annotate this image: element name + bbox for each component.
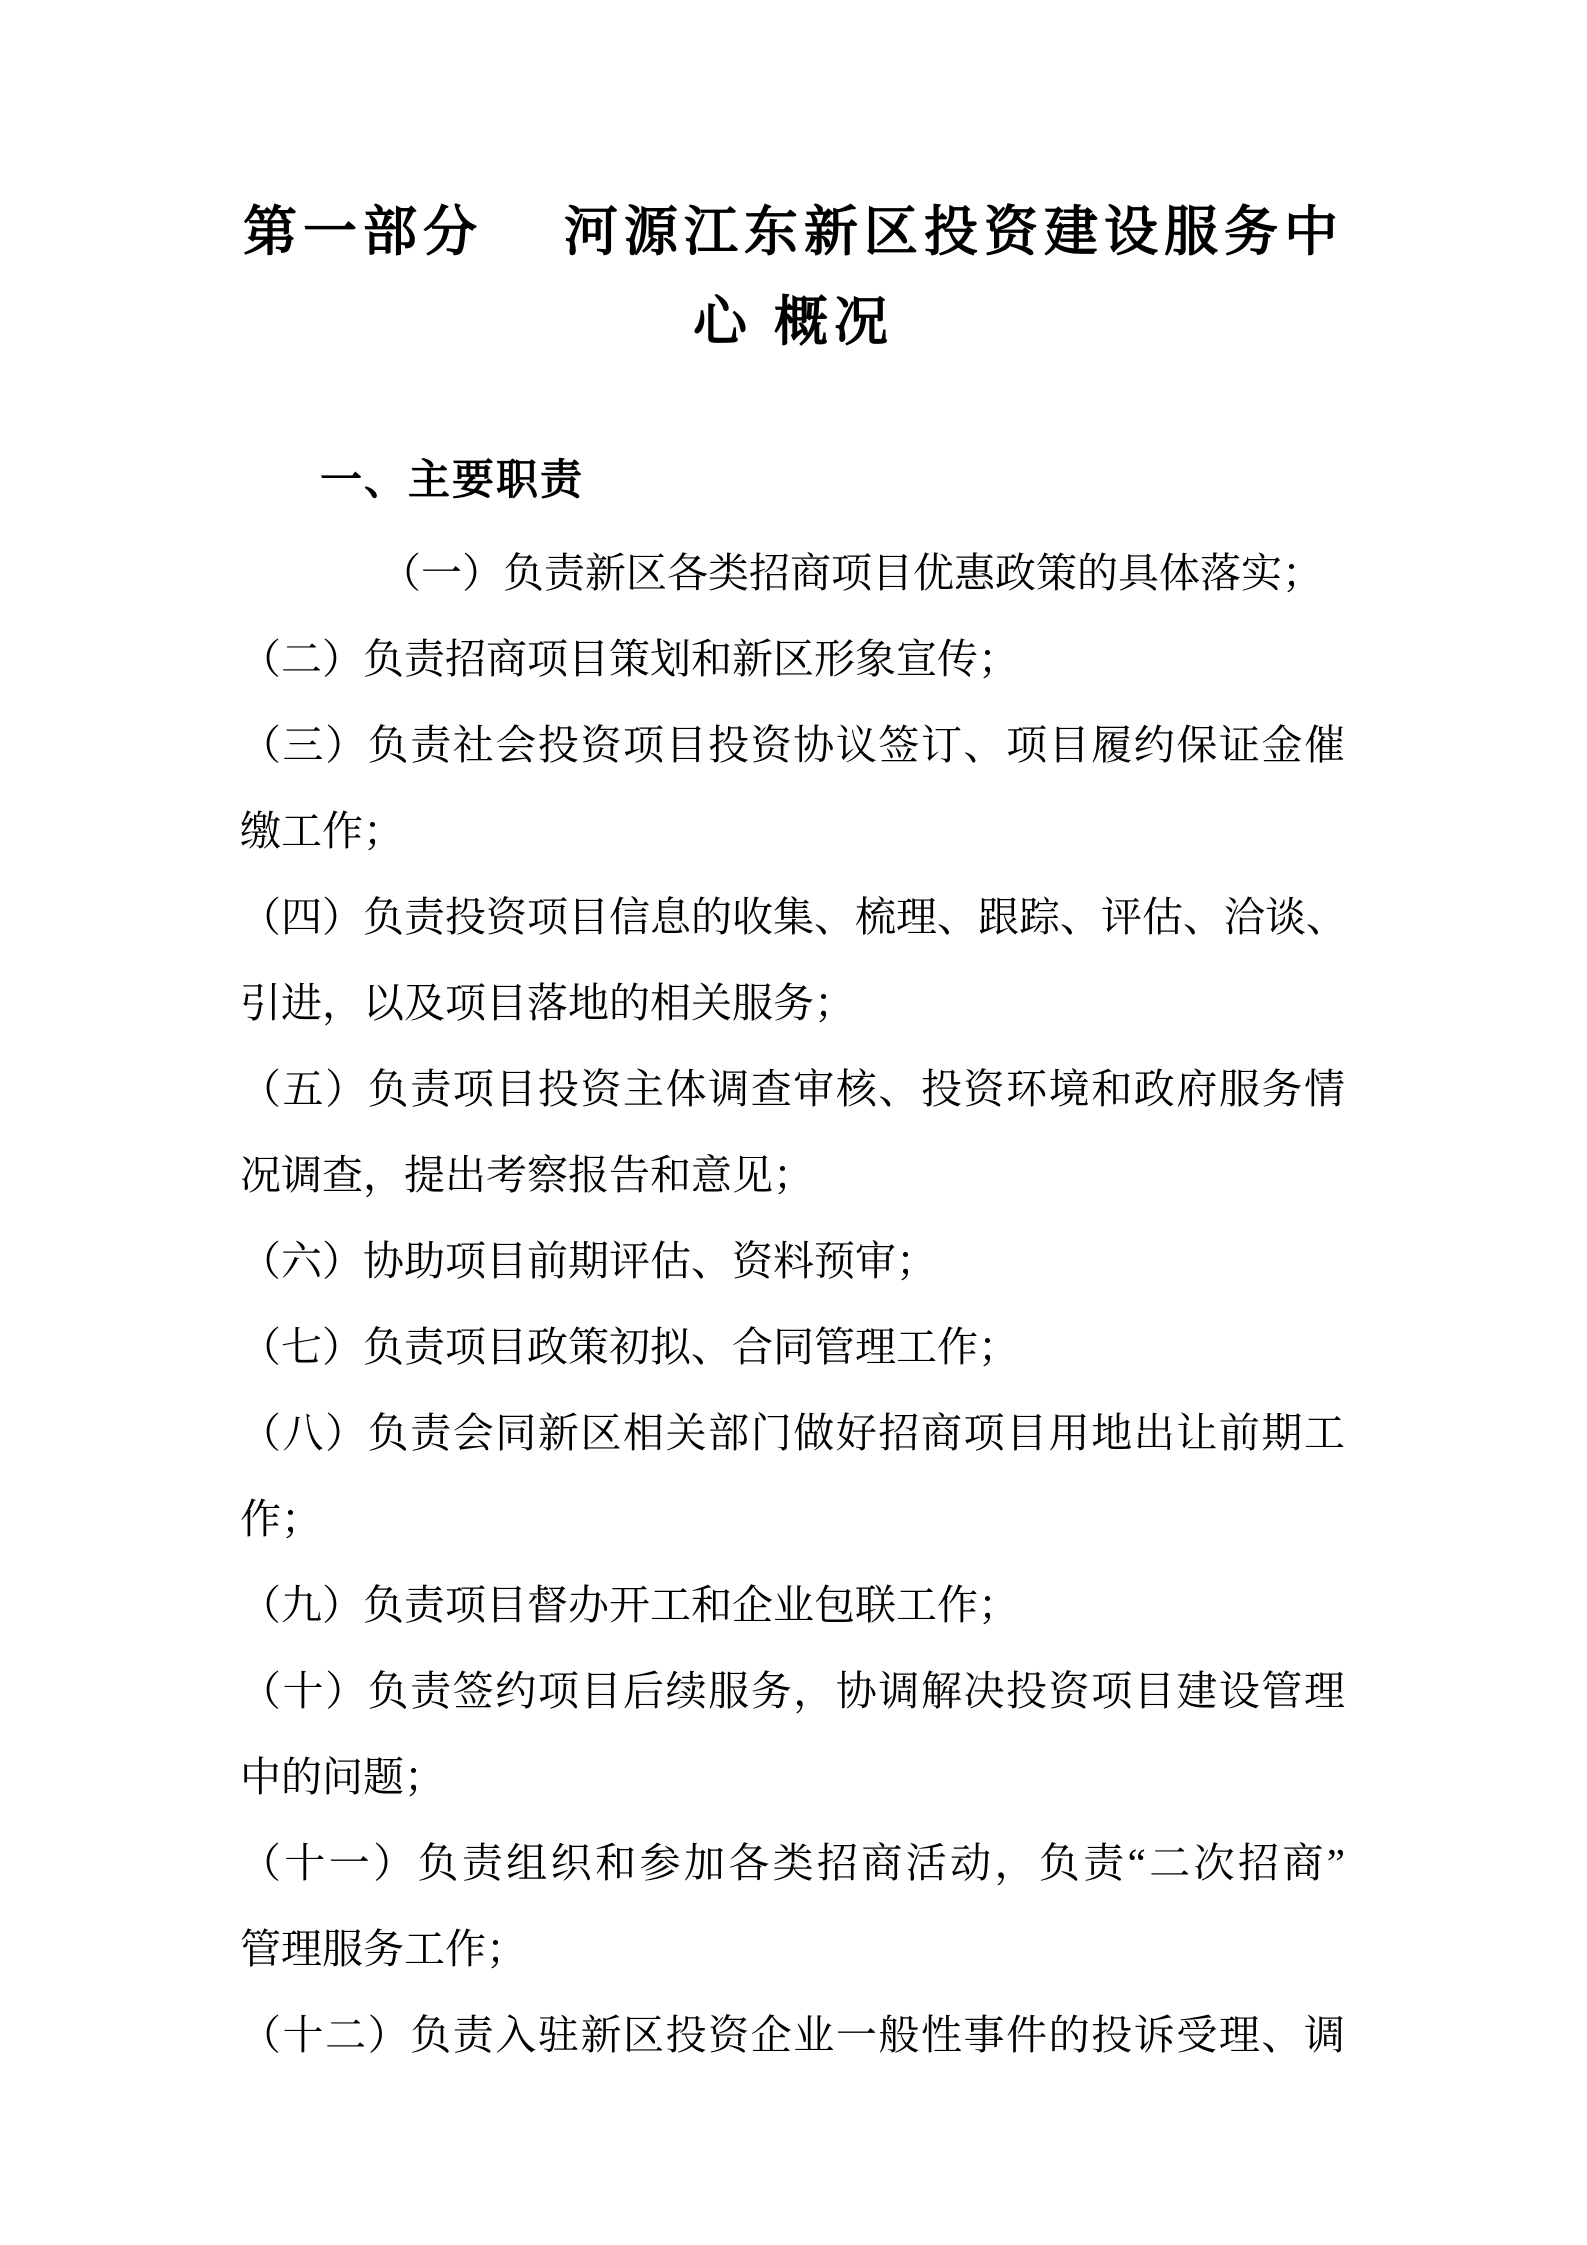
body-line: （七）负责项目政策初拟、合同管理工作；	[240, 1304, 1345, 1390]
document-title: 第一部分 河源江东新区投资建设服务中 心 概况	[0, 187, 1587, 367]
body-line: 缴工作；	[240, 788, 1345, 874]
body-line: （五）负责项目投资主体调查审核、投资环境和政府服务情	[240, 1046, 1345, 1132]
body-line: 作；	[240, 1476, 1345, 1562]
body-line: （九）负责项目督办开工和企业包联工作；	[240, 1562, 1345, 1648]
body-line: （三）负责社会投资项目投资协议签订、项目履约保证金催	[240, 702, 1345, 788]
body-line: （十一）负责组织和参加各类招商活动，负责“二次招商”	[240, 1820, 1345, 1906]
document-title-line-2: 心 概况	[0, 277, 1587, 367]
body-line: 况调查，提出考察报告和意见；	[240, 1132, 1345, 1218]
document-title-line-1: 第一部分 河源江东新区投资建设服务中	[0, 187, 1587, 277]
body-line: 管理服务工作；	[240, 1906, 1345, 1992]
body-line: （四）负责投资项目信息的收集、梳理、跟踪、评估、洽谈、	[240, 874, 1345, 960]
body-line: （一）负责新区各类招商项目优惠政策的具体落实；	[240, 530, 1345, 616]
section-heading: 一、主要职责	[240, 452, 1345, 508]
body-line: （二）负责招商项目策划和新区形象宣传；	[240, 616, 1345, 702]
body-line: （八）负责会同新区相关部门做好招商项目用地出让前期工	[240, 1390, 1345, 1476]
body-line: 中的问题；	[240, 1734, 1345, 1820]
body-line: （十）负责签约项目后续服务，协调解决投资项目建设管理	[240, 1648, 1345, 1734]
body-line: （十二）负责入驻新区投资企业一般性事件的投诉受理、调	[240, 1992, 1345, 2078]
body-line: 引进，以及项目落地的相关服务；	[240, 960, 1345, 1046]
body-line: （六）协助项目前期评估、资料预审；	[240, 1218, 1345, 1304]
document-page: 第一部分 河源江东新区投资建设服务中 心 概况 一、主要职责 （一）负责新区各类…	[0, 0, 1587, 2245]
body-text-block: （一）负责新区各类招商项目优惠政策的具体落实；（二）负责招商项目策划和新区形象宣…	[240, 530, 1345, 2078]
